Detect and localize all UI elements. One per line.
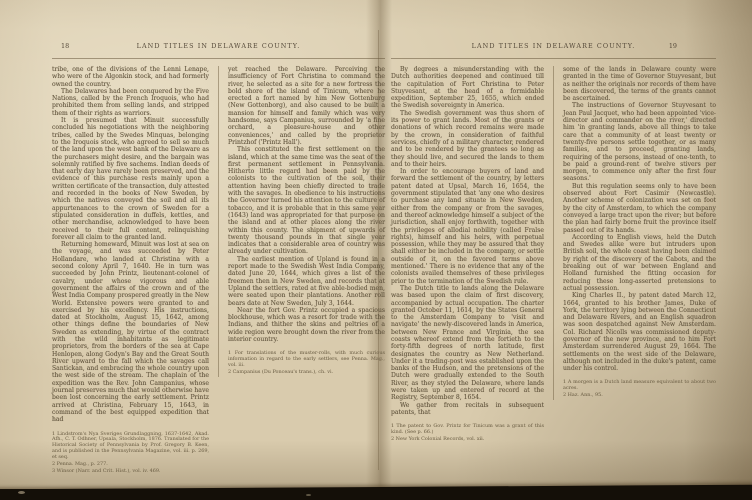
footnotes-block: 1 For translations of the muster-rolls, … (228, 350, 385, 376)
right-running-title: LAND TITLES IN DELAWARE COUNTY. (391, 42, 716, 50)
paragraph: some of the lands in Delaware county wer… (563, 66, 716, 102)
left-page-header: 18 LAND TITLES IN DELAWARE COUNTY. (52, 42, 385, 58)
left-page: 18 LAND TITLES IN DELAWARE COUNTY. tribe… (52, 42, 385, 476)
paragraph: The earliest mention of Upland is found … (228, 256, 385, 307)
left-page-columns: tribe, one of the divisions of the Lenni… (52, 66, 385, 476)
paragraph: In order to encourage buyers of land and… (391, 168, 544, 285)
footnotes-block: 1 Lindstrom's Nya Sveriges Grundlaggning… (52, 431, 209, 475)
paragraph: It is presumed that Minuit successfully … (52, 117, 209, 241)
left-header-rule (52, 58, 385, 59)
footnote: 2 New York Colonial Records, vol. xii. (391, 437, 544, 443)
right-header-rule (391, 58, 716, 59)
paragraph: Returning homeward, Minuit was lost at s… (52, 241, 209, 423)
paragraph: But this regulation seems only to have b… (563, 183, 716, 234)
paragraph: The Delawares had been conquered by the … (52, 88, 209, 117)
footnote: 1 For translations of the muster-rolls, … (228, 351, 385, 369)
paragraph: The Swedish government was thus shorn of… (391, 110, 544, 168)
paragraph: King Charles II., by patent dated March … (563, 292, 716, 372)
paper-edge-speck (18, 491, 25, 494)
footnotes-block: 1 A morgen is a Dutch land measure equiv… (563, 379, 716, 399)
left-page-number: 18 (61, 42, 69, 50)
paragraph: By degrees a misunderstanding with the D… (391, 66, 544, 110)
footnote: 1 The patent to Gov. Printz for Tinicum … (391, 424, 544, 436)
text-column: some of the lands in Delaware county wer… (553, 66, 716, 400)
text-column: By degrees a misunderstanding with the D… (391, 66, 544, 444)
paper-edge-speck (306, 494, 311, 496)
paragraph: The Dutch title to lands along the Delaw… (391, 285, 544, 402)
text-column: tribe, one of the divisions of the Lenni… (52, 66, 209, 476)
footnotes-block: 1 The patent to Gov. Printz for Tinicum … (391, 423, 544, 443)
paragraph: Near the fort Gov. Printz occupied a spa… (228, 307, 385, 343)
left-running-title: LAND TITLES IN DELAWARE COUNTY. (52, 42, 385, 50)
right-page-number: 19 (669, 42, 677, 50)
paragraph: This constituted the first settlement on… (228, 146, 385, 255)
footnote: 3 Winsor (Narr. and Crit. Hist.), vol. i… (52, 469, 209, 475)
paragraph: tribe, one of the divisions of the Lenni… (52, 66, 209, 88)
right-page-header: LAND TITLES IN DELAWARE COUNTY. 19 (391, 42, 716, 58)
paragraph: The instructions of Governor Stuyvesant … (563, 102, 716, 182)
paragraph: We gather from recitals in subsequent pa… (391, 402, 544, 417)
footnote: 1 Lindstrom's Nya Sveriges Grundlaggning… (52, 432, 209, 462)
footnote: 1 A morgen is a Dutch land measure equiv… (563, 380, 716, 392)
right-page-columns: By degrees a misunderstanding with the D… (391, 66, 716, 444)
paragraph: yet reached the Delaware. Perceiving the… (228, 66, 385, 146)
footnote: 2 Campanius (Du Ponceau's trans.), ch. v… (228, 370, 385, 376)
text-column: yet reached the Delaware. Perceiving the… (218, 66, 385, 377)
paragraph: According to English views, held the Dut… (563, 234, 716, 292)
footnote: 2 Haz. Ann., 95. (563, 393, 716, 399)
right-page: LAND TITLES IN DELAWARE COUNTY. 19 By de… (391, 42, 716, 444)
scanned-book-spread: 18 LAND TITLES IN DELAWARE COUNTY. tribe… (0, 0, 752, 500)
